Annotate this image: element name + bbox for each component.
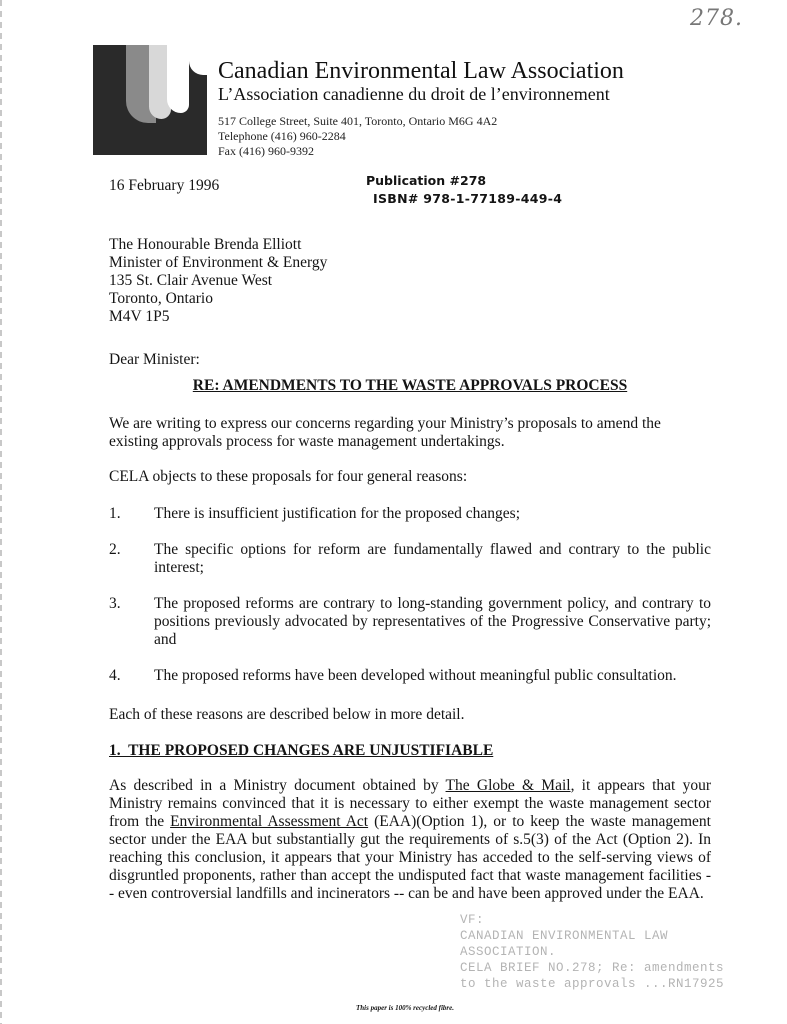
list-text: The specific options for reform are fund…: [154, 541, 711, 577]
recipient-address: The Honourable Brenda Elliott Minister o…: [109, 236, 711, 326]
recipient-title: Minister of Environment & Energy: [109, 254, 711, 272]
recipient-postal: M4V 1P5: [109, 308, 711, 326]
citation-globe-and-mail: The Globe & Mail: [446, 777, 571, 794]
list-number: 2.: [109, 541, 154, 577]
list-number: 4.: [109, 667, 154, 685]
list-number: 3.: [109, 595, 154, 649]
page-edge: [0, 0, 2, 1024]
section1-paragraph: As described in a Ministry document obta…: [109, 777, 711, 903]
letter-date: 16 February 1996: [109, 177, 219, 195]
address: 517 College Street, Suite 401, Toronto, …: [218, 114, 624, 129]
fax: Fax (416) 960-9392: [218, 144, 624, 159]
citation-environmental-assessment-act: Environmental Assessment Act: [170, 813, 368, 830]
org-name-fr: L’Association canadienne du droit de l’e…: [218, 84, 624, 104]
publication-number: Publication #278: [366, 172, 562, 190]
list-text: The proposed reforms are contrary to lon…: [154, 595, 711, 649]
recycled-paper-note: This paper is 100% recycled fibre.: [356, 1004, 454, 1012]
cela-logo: [93, 45, 207, 155]
publication-info: Publication #278 ISBN# 978-1-77189-449-4: [366, 172, 562, 208]
recipient-city: Toronto, Ontario: [109, 290, 711, 308]
contact-block: 517 College Street, Suite 401, Toronto, …: [218, 114, 624, 159]
reasons-list: 1. There is insufficient justification f…: [109, 505, 711, 703]
salutation: Dear Minister:: [109, 351, 711, 369]
letterhead: Canadian Environmental Law Association L…: [218, 58, 624, 159]
list-item: 4. The proposed reforms have been develo…: [109, 667, 711, 685]
intro-paragraph: We are writing to express our concerns r…: [109, 415, 711, 451]
list-item: 1. There is insufficient justification f…: [109, 505, 711, 523]
isbn: ISBN# 978-1-77189-449-4: [366, 190, 562, 208]
list-text: The proposed reforms have been developed…: [154, 667, 711, 685]
subject-line: RE: AMENDMENTS TO THE WASTE APPROVALS PR…: [109, 377, 711, 395]
recipient-street: 135 St. Clair Avenue West: [109, 272, 711, 290]
telephone: Telephone (416) 960-2284: [218, 129, 624, 144]
org-name-en: Canadian Environmental Law Association: [218, 58, 624, 84]
archive-stamp: VF:CANADIAN ENVIRONMENTAL LAWASSOCIATION…: [460, 912, 724, 992]
handwritten-mark: 278.: [690, 6, 743, 31]
section-heading: 1. THE PROPOSED CHANGES ARE UNJUSTIFIABL…: [109, 742, 493, 760]
list-text: There is insufficient justification for …: [154, 505, 711, 523]
reasons-intro: CELA objects to these proposals for four…: [109, 468, 711, 486]
list-item: 2. The specific options for reform are f…: [109, 541, 711, 577]
list-number: 1.: [109, 505, 154, 523]
detail-note: Each of these reasons are described belo…: [109, 706, 711, 724]
recipient-name: The Honourable Brenda Elliott: [109, 236, 711, 254]
list-item: 3. The proposed reforms are contrary to …: [109, 595, 711, 649]
